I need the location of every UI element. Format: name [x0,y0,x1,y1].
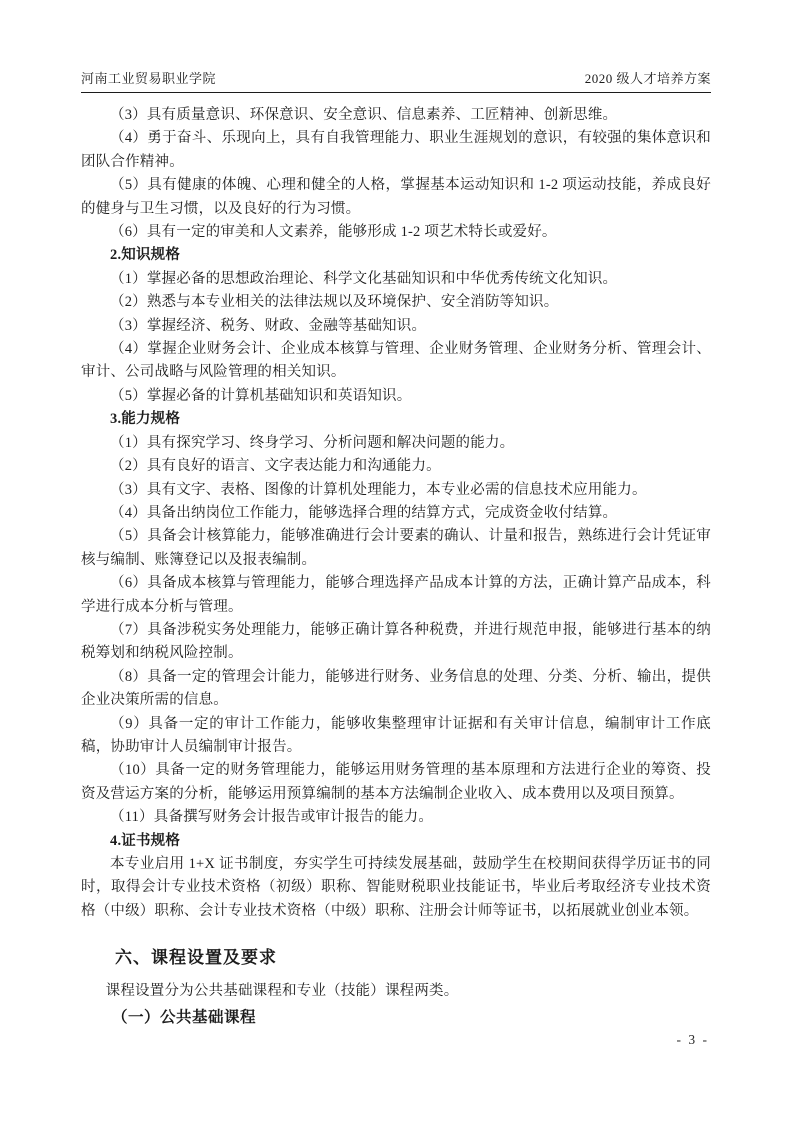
paragraph-ability-1: （1）具有探究学习、终身学习、分析问题和解决问题的能力。 [81,432,711,455]
paragraph-health: （5）具有健康的体魄、心理和健全的人格，掌握基本运动知识和 1-2 项运动技能，… [81,174,711,221]
paragraph-ability-2: （2）具有良好的语言、文字表达能力和沟通能力。 [81,455,711,478]
heading-certificate-spec: 4.证书规格 [81,830,711,853]
header-doc-title: 2020 级人才培养方案 [585,68,711,87]
paragraph-ability-9: （9）具备一定的审计工作能力，能够收集整理审计证据和有关审计信息，编制审计工作底… [81,713,711,760]
paragraph-ability-10: （10）具备一定的财务管理能力，能够运用财务管理的基本原理和方法进行企业的筹资、… [81,759,711,806]
paragraph-knowledge-5: （5）掌握必备的计算机基础知识和英语知识。 [81,385,711,408]
paragraph-ability-5: （5）具备会计核算能力，能够准确进行会计要素的确认、计量和报告，熟练进行会计凭证… [81,525,711,572]
heading-curriculum: 六、课程设置及要求 [81,946,711,970]
paragraph-certificate: 本专业启用 1+X 证书制度，夯实学生可持续发展基础，鼓励学生在校期间获得学历证… [81,853,711,923]
paragraph-curriculum-intro: 课程设置分为公共基础课程和专业（技能）课程两类。 [81,979,711,1003]
page-number: - 3 - [677,1032,710,1047]
paragraph-knowledge-4: （4）掌握企业财务会计、企业成本核算与管理、企业财务管理、企业财务分析、管理会计… [81,338,711,385]
paragraph-ability-3: （3）具有文字、表格、图像的计算机处理能力，本专业必需的信息技术应用能力。 [81,479,711,502]
heading-public-basic-courses: （一）公共基础课程 [81,1005,711,1031]
paragraph-ability-6: （6）具备成本核算与管理能力，能够合理选择产品成本计算的方法，正确计算产品成本，… [81,572,711,619]
heading-ability-spec: 3.能力规格 [81,408,711,431]
heading-knowledge-spec: 2.知识规格 [81,244,711,267]
document-body: （3）具有质量意识、环保意识、安全意识、信息素养、工匠精神、创新思维。（4）勇于… [81,104,711,1031]
paragraph-knowledge-3: （3）掌握经济、税务、财政、金融等基础知识。 [81,315,711,338]
page-footer: - 3 - [677,1032,710,1048]
header-school-name: 河南工业贸易职业学院 [81,68,216,87]
document-page: 河南工业贸易职业学院 2020 级人才培养方案 （3）具有质量意识、环保意识、安… [0,0,793,1122]
paragraph-quality-awareness: （3）具有质量意识、环保意识、安全意识、信息素养、工匠精神、创新思维。 [81,104,711,127]
paragraph-knowledge-1: （1）掌握必备的思想政治理论、科学文化基础知识和中华优秀传统文化知识。 [81,268,711,291]
paragraph-ability-11: （11）具备撰写财务会计报告或审计报告的能力。 [81,806,711,829]
paragraph-knowledge-2: （2）熟悉与本专业相关的法律法规以及环境保护、安全消防等知识。 [81,291,711,314]
paragraph-ability-8: （8）具备一定的管理会计能力，能够进行财务、业务信息的处理、分类、分析、输出，提… [81,666,711,713]
page-header: 河南工业贸易职业学院 2020 级人才培养方案 [81,68,711,93]
paragraph-aesthetic: （6）具有一定的审美和人文素养，能够形成 1-2 项艺术特长或爱好。 [81,221,711,244]
paragraph-self-management: （4）勇于奋斗、乐现向上，具有自我管理能力、职业生涯规划的意识，有较强的集体意识… [81,127,711,174]
paragraph-ability-7: （7）具备涉税实务处理能力，能够正确计算各种税费，并进行规范申报，能够进行基本的… [81,619,711,666]
paragraph-ability-4: （4）具备出纳岗位工作能力，能够选择合理的结算方式，完成资金收付结算。 [81,502,711,525]
